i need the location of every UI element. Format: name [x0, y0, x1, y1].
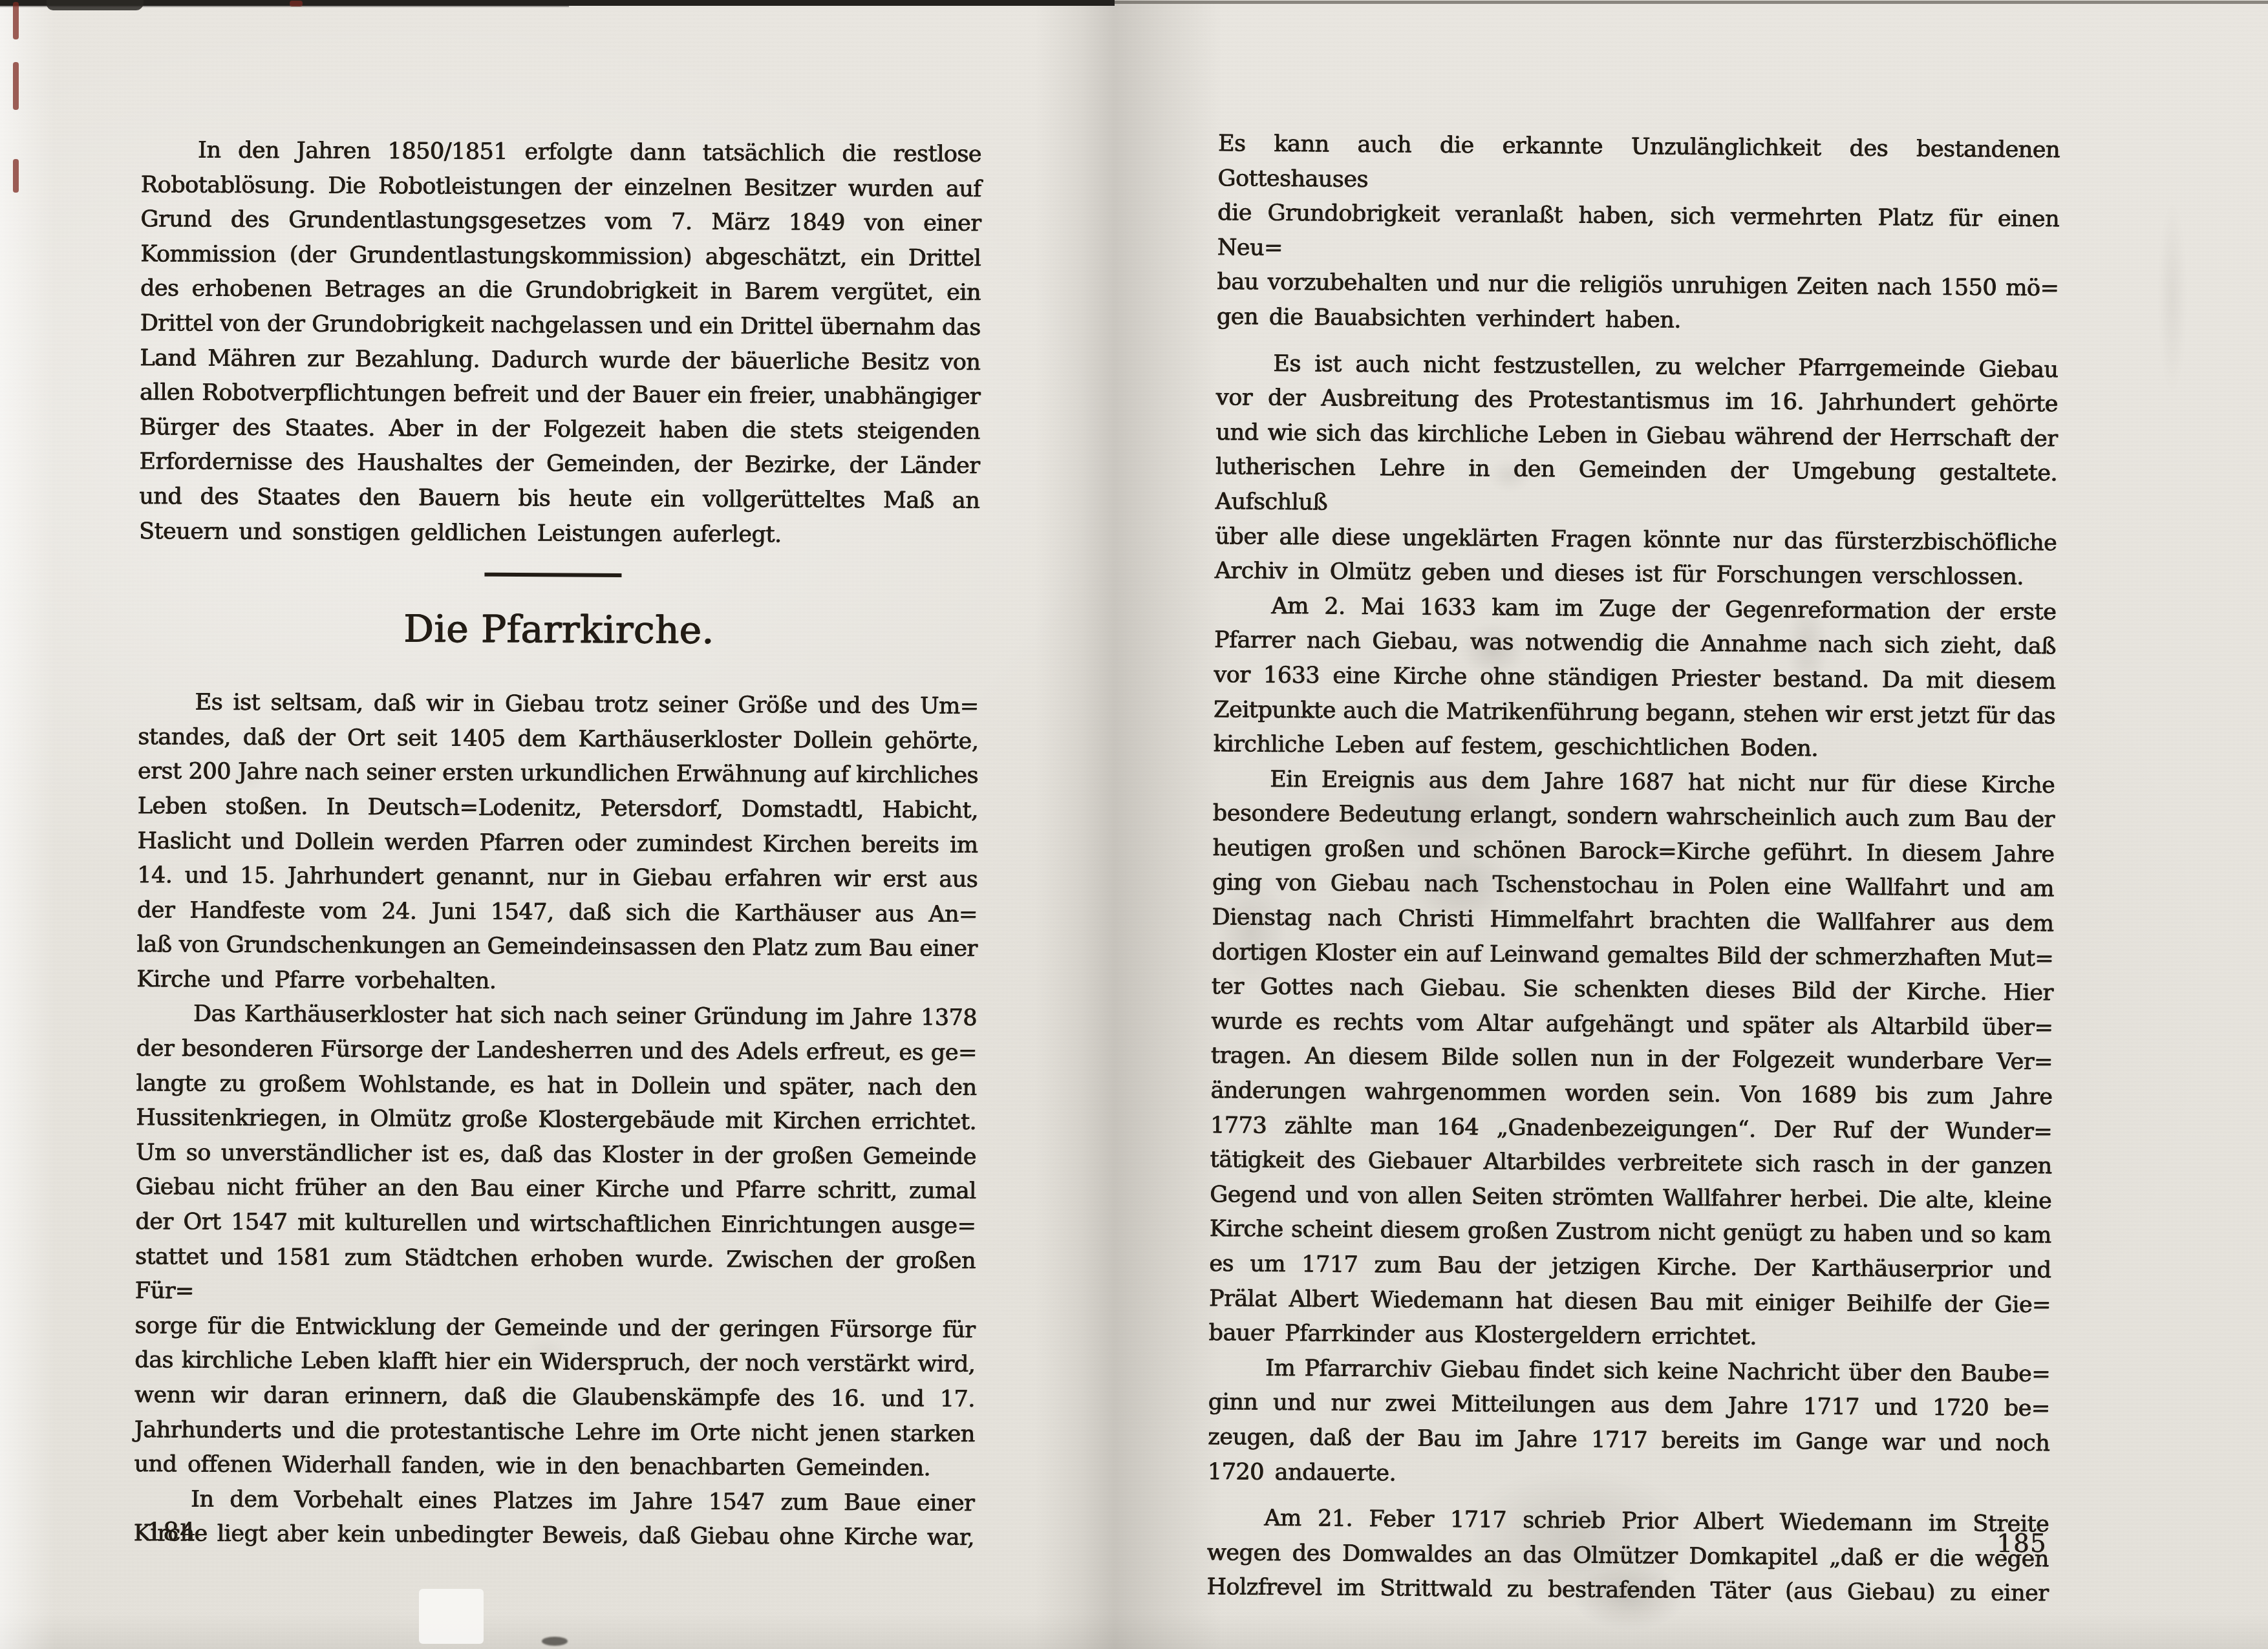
section-heading: Die Pfarrkirche.: [138, 604, 979, 654]
text-line: und offenen Widerhall fanden, wie in den…: [134, 1447, 974, 1486]
text-line: Um so unverständlicher ist es, daß das K…: [136, 1136, 976, 1175]
text-line: stattet und 1581 zum Städtchen erhoben w…: [134, 1240, 976, 1314]
text-line: Jahrhunderts und die protestantische Leh…: [134, 1413, 974, 1452]
text-line: vor 1633 eine Kirche ohne ständigen Prie…: [1214, 658, 2055, 699]
text-line: zeugen, daß der Bau im Jahre 1717 bereit…: [1208, 1420, 2049, 1462]
text-line: änderungen wahrgenommen worden sein. Von…: [1210, 1074, 2052, 1115]
text-line: langte zu großem Wohlstande, es hat in D…: [136, 1067, 976, 1105]
text-line: sorge für die Entwicklung der Gemeinde u…: [134, 1309, 975, 1348]
scan-top-edge-artifact: [1115, 1, 2268, 4]
red-edge-mark: [13, 62, 19, 110]
text-line: es um 1717 zum Bau der jetzigen Kirche. …: [1209, 1247, 2051, 1288]
paragraph: Das Karthäuserkloster hat sich nach sein…: [134, 997, 977, 1486]
red-edge-mark: [13, 159, 19, 193]
text-line: In den Jahren 1850/1851 erfolgte dann ta…: [141, 133, 981, 172]
text-line: Robotablösung. Die Robotleistungen der e…: [140, 168, 981, 207]
paragraph: Am 2. Mai 1633 kam im Zuge der Gegenrefo…: [1213, 589, 2056, 769]
text-line: ter Gottes nach Giebau. Sie schenkten di…: [1211, 970, 2053, 1011]
text-line: Haslicht und Dollein werden Pfarren oder…: [137, 824, 978, 862]
text-line: Am 21. Feber 1717 schrieb Prior Albert W…: [1207, 1501, 2049, 1542]
text-line: die Grundobrigkeit veranlaßt haben, sich…: [1217, 196, 2059, 271]
text-line: Kommission (der Grundentlastungskommissi…: [140, 237, 981, 276]
section-divider: [484, 573, 621, 577]
text-line: Leben stoßen. In Deutsch=Lodenitz, Peter…: [137, 789, 978, 828]
text-line: Grund des Grundentlastungsgesetzes vom 7…: [140, 202, 981, 241]
text-line: Archiv in Olmütz geben und dieses ist fü…: [1214, 554, 2056, 595]
text-line: Holzfrevel im Strittwald zu bestrafenden…: [1206, 1570, 2048, 1612]
text-line: Bürger des Staates. Aber in der Folgezei…: [139, 410, 979, 449]
text-line: 14. und 15. Jahrhundert genannt, nur in …: [137, 858, 978, 897]
text-line: In dem Vorbehalt eines Platzes im Jahre …: [134, 1482, 974, 1521]
left-page-text: In den Jahren 1850/1851 erfolgte dann ta…: [134, 133, 981, 1556]
page-number-right: 185: [1996, 1529, 2046, 1559]
red-edge-mark: [13, 2, 19, 39]
text-line: bauer Pfarrkinder aus Klostergeldern err…: [1208, 1316, 2050, 1357]
text-line: erst 200 Jahre nach seiner ersten urkund…: [138, 754, 978, 793]
text-line: Giebau nicht früher an den Bau einer Kir…: [135, 1170, 976, 1209]
text-line: Dienstag nach Christi Himmelfahrt bracht…: [1212, 900, 2053, 942]
paragraph: Im Pfarrarchiv Giebau findet sich keine …: [1207, 1351, 2050, 1496]
right-page-text: Es kann auch die erkannte Unzulänglichke…: [1206, 127, 2060, 1612]
paragraph: Am 21. Feber 1717 schrieb Prior Albert W…: [1206, 1501, 2049, 1612]
white-out-patch: [419, 1589, 484, 1644]
text-line: standes, daß der Ort seit 1405 dem Karth…: [138, 720, 978, 759]
paragraph: Es ist auch nicht festzustellen, zu welc…: [1214, 346, 2058, 595]
text-line: Steuern und sonstigen geldlichen Leistun…: [139, 515, 979, 553]
text-line: Kirche und Pfarre vorbehalten.: [136, 963, 977, 1001]
text-line: Kirche liegt aber kein unbedingter Bewei…: [134, 1516, 974, 1555]
text-line: Land Mähren zur Bezahlung. Dadurch wurde…: [140, 341, 980, 380]
paragraph: Es ist seltsam, daß wir in Giebau trotz …: [136, 685, 979, 1001]
page-number-left: 184: [146, 1518, 196, 1547]
paragraph: Es kann auch die erkannte Unzulänglichke…: [1216, 127, 2059, 341]
text-line: der Ort 1547 mit kulturellen und wirtsch…: [135, 1205, 976, 1244]
scan-corner-smudge: [47, 0, 144, 10]
text-line: 1720 andauerte.: [1207, 1454, 2049, 1496]
text-line: vor der Ausbreitung des Protestantismus …: [1215, 381, 2057, 422]
text-line: kirchliche Leben auf festem, geschichtli…: [1213, 727, 2055, 769]
paragraph: Ein Ereignis aus dem Jahre 1687 hat nich…: [1208, 762, 2055, 1357]
text-line: lutherischen Lehre in den Gemeinden der …: [1215, 450, 2057, 526]
text-line: und des Staates den Bauern bis heute ein…: [139, 480, 979, 518]
book-scan-spread: In den Jahren 1850/1851 erfolgte dann ta…: [0, 0, 2268, 1649]
text-line: Es kann auch die erkannte Unzulänglichke…: [1217, 127, 2060, 202]
text-line: Hussitenkriegen, in Olmütz große Kloster…: [136, 1101, 976, 1140]
text-line: Erfordernisse des Haushaltes der Gemeind…: [139, 445, 979, 484]
scan-top-edge-artifact: [0, 5, 569, 7]
text-line: wenn wir daran erinnern, daß die Glauben…: [134, 1378, 975, 1417]
text-line: der Handfeste vom 24. Juni 1547, daß sic…: [137, 893, 978, 932]
text-line: Drittel von der Grundobrigkeit nachgelas…: [140, 306, 980, 345]
text-line: tätigkeit des Giebauer Altarbildes verbr…: [1210, 1143, 2051, 1184]
text-line: des erhobenen Betrages an die Grundobrig…: [140, 271, 981, 310]
scan-top-edge-artifact: [0, 0, 1115, 6]
scan-bottom-smudge: [542, 1637, 568, 1646]
text-line: gen die Bauabsichten verhindert haben.: [1216, 300, 2058, 341]
text-line: Das Karthäuserkloster hat sich nach sein…: [136, 997, 977, 1036]
paragraph: In den Jahren 1850/1851 erfolgte dann ta…: [139, 133, 981, 553]
paragraph: In dem Vorbehalt eines Platzes im Jahre …: [134, 1482, 975, 1556]
text-line: allen Robotverpflichtungen befreit und d…: [140, 376, 980, 414]
text-line: laß von Grundschenkungen an Gemeindeinsa…: [136, 928, 977, 966]
scan-stain: [2153, 162, 2192, 433]
text-line: der besonderen Fürsorge der Landesherren…: [136, 1032, 976, 1070]
text-line: das kirchliche Leben klafft hier ein Wid…: [134, 1343, 975, 1382]
text-line: Es ist seltsam, daß wir in Giebau trotz …: [138, 685, 978, 724]
text-line: besondere Bedeutung erlangt, sondern wah…: [1212, 796, 2054, 838]
red-edge-mark: [290, 1, 303, 6]
